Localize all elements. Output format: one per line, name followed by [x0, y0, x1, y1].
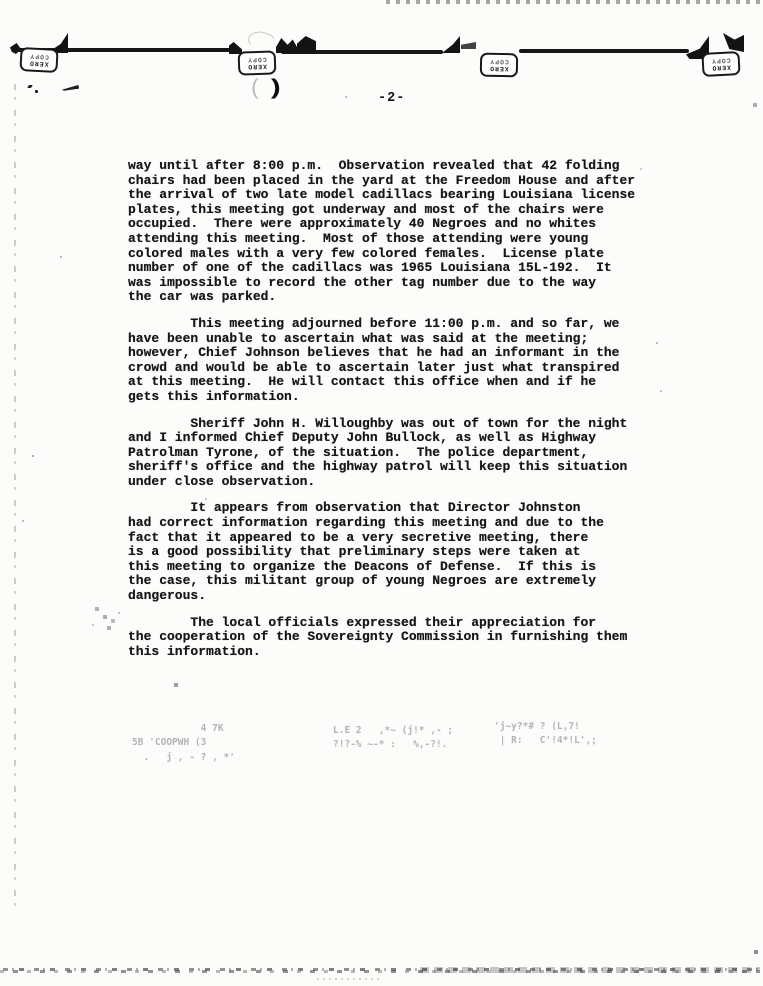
scanned-document-page: XERO COPY XERO COPY XERO COPY XERO COPY … [0, 0, 763, 986]
stamp-text: XERO [29, 59, 49, 67]
stamp-text: XERO [711, 63, 731, 71]
stamp-text: COPY [711, 56, 731, 64]
scan-edge-dashes-top [386, 0, 763, 4]
paragraph-3: Sheriff John H. Willoughby was out of to… [128, 417, 668, 490]
pen-dash [62, 85, 79, 91]
scan-edge-dashes-left [14, 84, 16, 906]
page-number: -2- [378, 91, 405, 106]
ink-blot [723, 33, 744, 52]
bleed-through-text: L.E 2 ,*~ (j!* ,- ; ?!?-% ~-* : %,-?!. [333, 724, 453, 753]
ink-blot [461, 42, 476, 49]
ink-blot [442, 36, 460, 53]
xero-copy-stamp: XERO COPY [19, 47, 58, 73]
xero-copy-stamp: XERO COPY [238, 50, 277, 75]
noise-row [317, 978, 381, 980]
paragraph-4: It appears from observation that Directo… [128, 501, 668, 603]
paragraph-2: This meeting adjourned before 11:00 p.m.… [128, 317, 668, 405]
stamp-text: COPY [247, 56, 267, 64]
scan-edge-noise-bottom [0, 966, 763, 978]
parenthesis-right: ) [266, 78, 284, 102]
xero-copy-stamp: XERO COPY [701, 51, 740, 77]
pen-speck [27, 85, 33, 88]
fold-line-segment [519, 49, 689, 53]
stamp-text: XERO [247, 63, 267, 71]
paragraph-5: The local officials expressed their appr… [128, 616, 668, 660]
ink-blot [276, 38, 297, 53]
stamp-text: XERO [489, 65, 509, 72]
parenthesis-mark: () [249, 78, 281, 102]
pen-speck [35, 90, 38, 93]
parenthesis-left: ( [249, 78, 262, 101]
stamp-text: COPY [29, 52, 49, 60]
stamp-text: COPY [489, 58, 509, 65]
paragraph-1: way until after 8:00 p.m. Observation re… [128, 159, 668, 305]
bleed-through-text: 4 7K 5B 'COOPWH (3 . j , - ? , *' [132, 722, 235, 766]
typed-body-text: way until after 8:00 p.m. Observation re… [128, 159, 668, 671]
scan-speckles [0, 0, 2, 2]
bleed-through-text: 'j~y?*# ? (L,7! | R: C'!4*!L',; [494, 720, 597, 749]
ink-blot [297, 36, 316, 53]
xero-copy-stamp: XERO COPY [480, 53, 518, 78]
noise-row [420, 967, 760, 973]
